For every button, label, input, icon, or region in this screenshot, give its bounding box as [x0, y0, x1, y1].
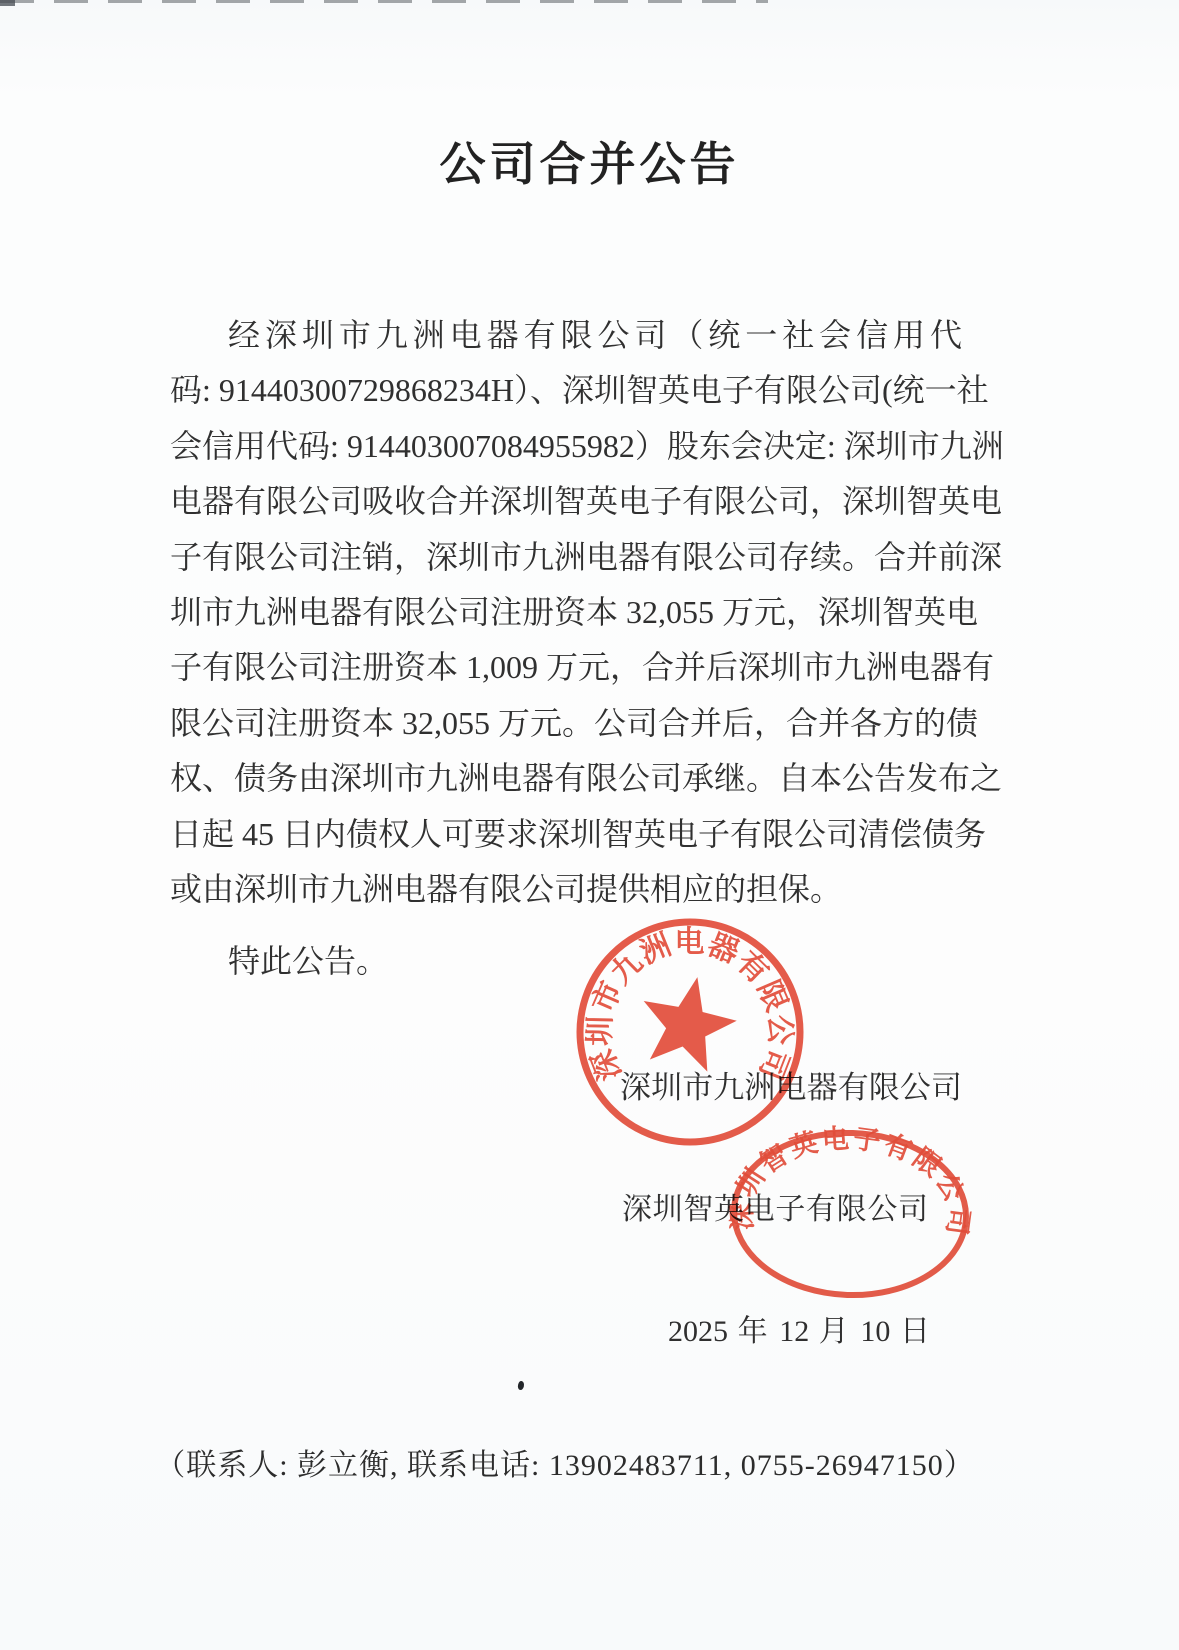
body-line: 子有限公司注销，深圳市九洲电器有限公司存续。合并前深 — [170, 530, 962, 585]
announcement-body: 经深圳市九洲电器有限公司（统一社会信用代 码: 9144030072986823… — [170, 308, 962, 917]
ink-speck — [517, 1380, 525, 1390]
page-title: 公司合并公告 — [0, 128, 1179, 194]
signature-company-1: 深圳市九洲电器有限公司 — [620, 1062, 962, 1107]
scan-corner-artifact — [0, 0, 15, 6]
seal-ring — [580, 922, 800, 1142]
closing-statement: 特此公告。 — [228, 936, 388, 982]
body-line: 电器有限公司吸收合并深圳智英电子有限公司，深圳智英电 — [170, 474, 962, 529]
body-line: 或由深圳市九洲电器有限公司提供相应的担保。 — [170, 862, 962, 917]
signature-company-2: 深圳智英电子有限公司 — [622, 1184, 928, 1228]
body-line: 会信用代码: 914403007084955982）股东会决定: 深圳市九洲 — [170, 419, 962, 474]
contact-info-line: （联系人: 彭立衡, 联系电话: 13902483711, 0755-26947… — [150, 1440, 980, 1484]
star-icon — [632, 967, 744, 1075]
body-line: 码: 91440300729868234H）、深圳智英电子有限公司(统一社 — [170, 363, 962, 418]
scan-edge-artifact — [0, 0, 768, 3]
body-line: 经深圳市九洲电器有限公司（统一社会信用代 — [170, 308, 962, 363]
body-line: 子有限公司注册资本 1,009 万元，合并后深圳市九洲电器有 — [170, 640, 962, 695]
body-line: 权、债务由深圳市九洲电器有限公司承继。自本公告发布之 — [170, 751, 962, 806]
body-line: 日起 45 日内债权人可要求深圳智英电子有限公司清偿债务 — [170, 807, 962, 862]
scanned-document-page: 公司合并公告 经深圳市九洲电器有限公司（统一社会信用代 码: 914403007… — [0, 0, 1179, 1650]
body-line: 限公司注册资本 32,055 万元。公司合并后，合并各方的债 — [170, 696, 962, 751]
body-line: 圳市九洲电器有限公司注册资本 32,055 万元，深圳智英电 — [170, 585, 962, 640]
date-line: 2025 年 12 月 10 日 — [668, 1306, 930, 1350]
company-seal-circular: 深圳市九洲电器有限公司 — [580, 922, 800, 1142]
